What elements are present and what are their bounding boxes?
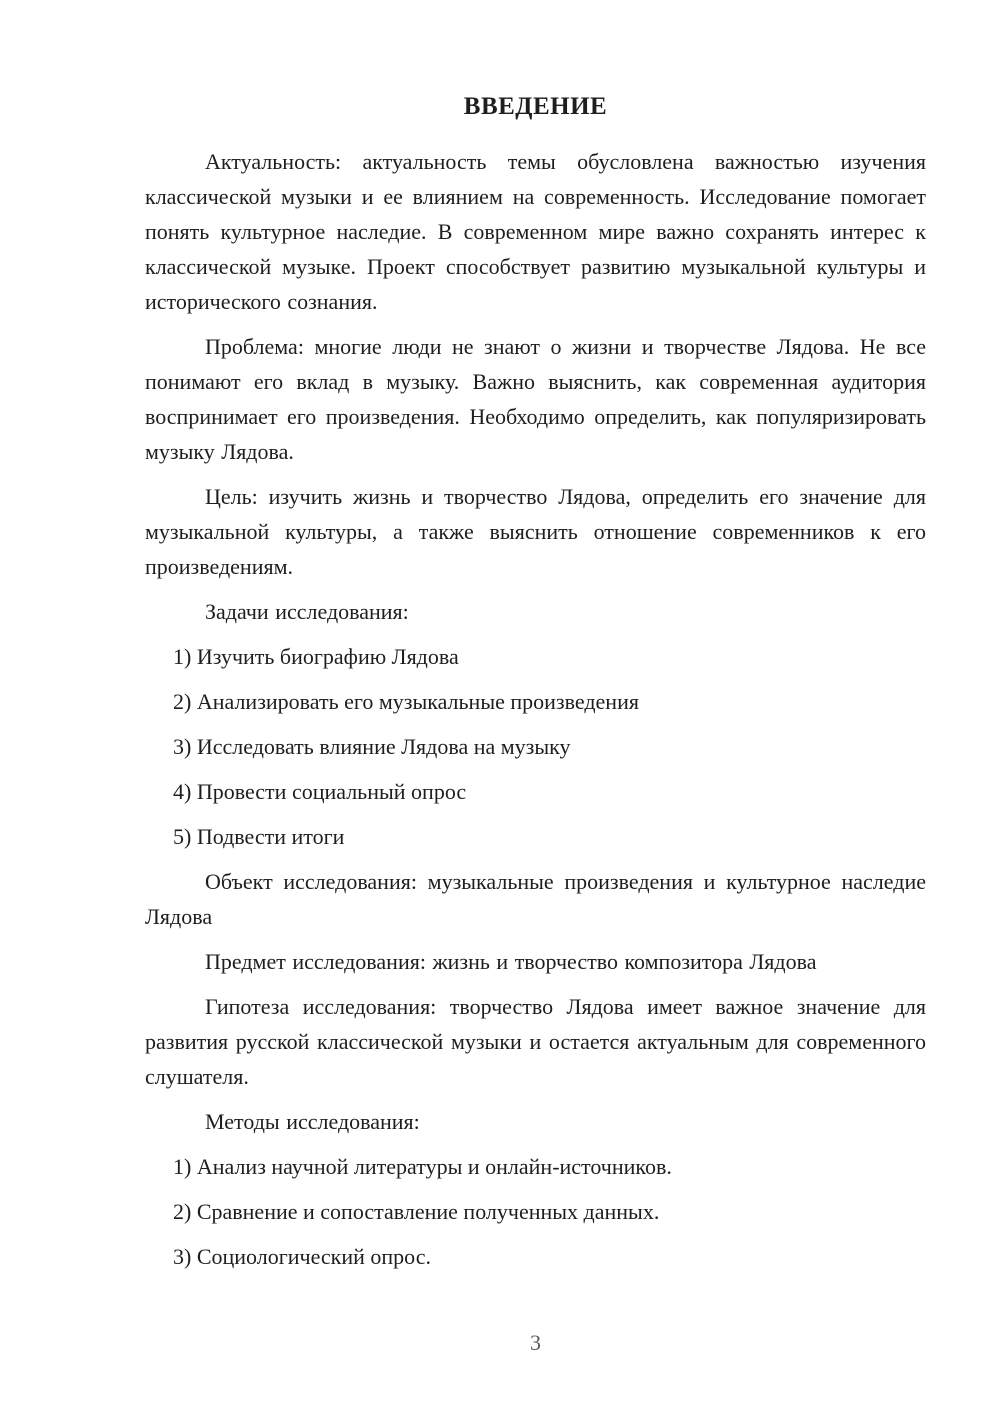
methods-list: 1) Анализ научной литературы и онлайн-ис… [145,1149,926,1274]
tasks-heading: Задачи исследования: [145,594,926,629]
page-title: ВВЕДЕНИЕ [145,92,926,122]
paragraph-goal: Цель: изучить жизнь и творчество Лядова,… [145,479,926,584]
task-item-3: 3) Исследовать влияние Лядова на музыку [173,729,926,764]
page-number: 3 [145,1328,926,1358]
method-item-1: 1) Анализ научной литературы и онлайн-ис… [173,1149,926,1184]
methods-heading: Методы исследования: [145,1104,926,1139]
paragraph-relevance: Актуальность: актуальность темы обусловл… [145,144,926,319]
task-item-2: 2) Анализировать его музыкальные произве… [173,684,926,719]
document-page: ВВЕДЕНИЕ Актуальность: актуальность темы… [0,0,1000,1414]
paragraph-object: Объект исследования: музыкальные произве… [145,864,926,934]
tasks-list: 1) Изучить биографию Лядова 2) Анализиро… [145,639,926,854]
paragraph-subject: Предмет исследования: жизнь и творчество… [145,944,926,979]
method-item-3: 3) Социологический опрос. [173,1239,926,1274]
page-content: ВВЕДЕНИЕ Актуальность: актуальность темы… [145,92,926,1284]
task-item-4: 4) Провести социальный опрос [173,774,926,809]
paragraph-hypothesis: Гипотеза исследования: творчество Лядова… [145,989,926,1094]
method-item-2: 2) Сравнение и сопоставление полученных … [173,1194,926,1229]
paragraph-problem: Проблема: многие люди не знают о жизни и… [145,329,926,469]
task-item-1: 1) Изучить биографию Лядова [173,639,926,674]
task-item-5: 5) Подвести итоги [173,819,926,854]
